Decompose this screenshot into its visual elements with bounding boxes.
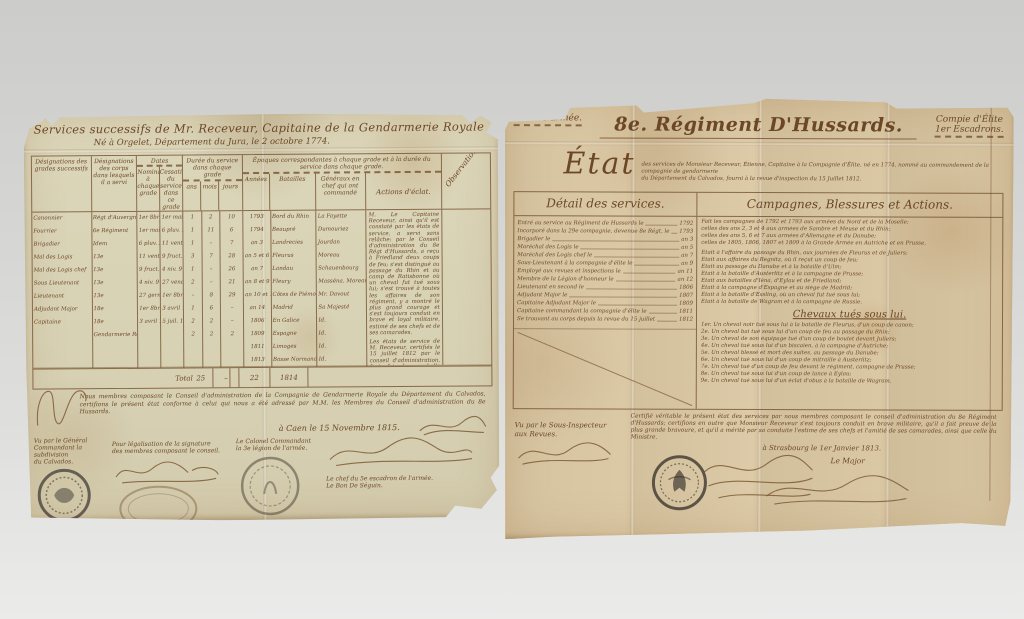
- cell-mois: 7: [202, 250, 220, 263]
- signature-flourish: [762, 470, 912, 511]
- right-doc-header: Grande armée. 8e. Régiment D'Hussards. C…: [514, 113, 1004, 140]
- cell-general: Id.: [317, 314, 367, 327]
- cell-mois: [203, 354, 221, 367]
- cell-corps: 13e: [92, 290, 138, 303]
- cell-jours: –: [221, 315, 244, 328]
- leader-line: [646, 220, 678, 226]
- cell-date1: 27 germ. 10: [138, 290, 161, 303]
- cell-corps: Idem: [92, 238, 138, 251]
- cell-jours: 26: [221, 263, 244, 276]
- cell-general: Sa Majesté: [317, 301, 367, 314]
- cell-annee: 1793: [243, 211, 270, 224]
- cell-bataille: Basse Normandie: [272, 354, 318, 367]
- cell-mois: –: [203, 276, 221, 289]
- actions-declat-cell: M. Le Capitaine Receveur, ainsi qu'il es…: [367, 210, 444, 366]
- leader-line: [635, 260, 680, 266]
- cell-jours: 10: [220, 211, 243, 224]
- corner-grande-armee: Grande armée.: [514, 113, 582, 126]
- cell-ans: 1: [184, 302, 202, 315]
- cell-corps: 13e: [92, 264, 138, 277]
- cell-date1: 1er 8bre 92: [138, 212, 161, 225]
- cell-bataille: Landau: [271, 263, 317, 276]
- cell-date1: [138, 342, 161, 355]
- cell-grade: Mal des Logis: [33, 251, 93, 264]
- header-epoques: Époques correspondantes à chaque grade e…: [243, 154, 441, 174]
- cell-annee: 1813: [244, 354, 271, 367]
- services-table-header: Désignations des grades successifs Désig…: [32, 153, 490, 212]
- cell-date1: 9 fruct. 6: [138, 264, 161, 277]
- certify-text: Certifié véritable le présent état des s…: [631, 414, 997, 443]
- cell-grade: Mal des Logis chef: [33, 264, 93, 277]
- cell-general: Id.: [318, 353, 368, 366]
- chevaux-list: 1er. Un cheval noir tué sous lui à la ba…: [701, 322, 998, 386]
- cell-general: La Fayette: [317, 210, 367, 223]
- signature-flourish: [326, 435, 476, 472]
- cell-date1: 4 niv. 9: [138, 277, 161, 290]
- observations-cell: [442, 209, 491, 364]
- total-jours: 22: [239, 368, 271, 387]
- legalisation-block: Pour légalisation de la signature des me…: [112, 436, 223, 537]
- leader-line: [672, 228, 678, 234]
- header-epoques-group: Époques correspondantes à chaque grade e…: [243, 154, 443, 210]
- cell-date2: 27 vend. 10: [161, 277, 184, 290]
- ink-stamp-round: [236, 454, 306, 518]
- flourish-initial: [33, 385, 93, 429]
- header-campagnes: Campagnes, Blessures et Actions.: [697, 193, 1002, 217]
- services-table: Désignations des grades successifs Désig…: [31, 152, 493, 389]
- campagne-line: celles de 1805, 1806, 1807 et 1809 à la …: [701, 240, 998, 248]
- cell-ans: 1: [184, 237, 202, 250]
- cell-mois: 2: [203, 315, 221, 328]
- cell-bataille: Landrecies: [271, 237, 317, 250]
- left-doc-subtitle: Né à Orgelet, Département du Jura, le 2 …: [94, 137, 330, 149]
- photo-backdrop: Services successifs de Mr. Receveur, Cap…: [0, 0, 1024, 619]
- cell-bataille: Madrid: [272, 302, 318, 315]
- cell-bataille: Fleurus: [271, 250, 317, 263]
- cell-date2: 3 avril 14: [161, 303, 184, 316]
- cell-ans: [185, 354, 203, 367]
- cell-date2: 5 juil. 15: [161, 316, 184, 329]
- document-right: Grande armée. 8e. Régiment D'Hussards. C…: [502, 97, 1014, 541]
- cell-date2: [161, 329, 184, 342]
- cell-corps: [93, 342, 139, 355]
- cell-date1: 1er mai 93: [138, 225, 161, 238]
- cell-jours: [221, 341, 244, 354]
- cell-jours: 28: [221, 250, 244, 263]
- cell-grade: Lieutenant: [33, 290, 93, 303]
- cell-jours: –: [221, 302, 244, 315]
- cell-ans: 1: [184, 263, 202, 276]
- cell-general: Id.: [318, 340, 368, 353]
- cell-date2: 11 vent. 3: [161, 238, 184, 251]
- cell-annee: 1806: [244, 315, 271, 328]
- total-ans: 25: [189, 368, 214, 387]
- cell-annee: 1811: [244, 341, 271, 354]
- cell-annee: an 10 et 11: [244, 289, 271, 302]
- etat-table-body: Entré au service au Régiment de Hussards…: [514, 216, 1003, 410]
- cell-general: Dumouriez: [317, 223, 367, 236]
- cell-jours: 2: [221, 328, 244, 341]
- cell-bataille: Bord du Rhin: [271, 211, 317, 224]
- cell-corps: Régt d'Auvergne: [92, 212, 138, 225]
- cell-grade: [33, 329, 93, 342]
- cell-date2: 6 pluv. 2: [161, 225, 184, 238]
- cell-mois: –: [202, 237, 220, 250]
- cell-bataille: Fleury: [271, 276, 317, 289]
- cell-mois: 6: [203, 302, 221, 315]
- cell-general: Schauenbourg: [317, 262, 367, 275]
- leader-line: [649, 308, 677, 314]
- cell-date1: [138, 329, 161, 342]
- place-date: à Caen le 15 Novembre 1815.: [279, 423, 400, 433]
- header-jours: jours: [219, 181, 242, 210]
- cell-mois: –: [202, 263, 220, 276]
- leader-line: [552, 235, 679, 241]
- cell-date1: 11 vent. 3: [138, 251, 161, 264]
- etat-heading: État des services de Monsieur Receveur, …: [563, 149, 999, 184]
- cell-bataille: Espagne: [272, 328, 318, 341]
- cell-general: Moreau: [317, 249, 367, 262]
- cell-mois: 8: [203, 289, 221, 302]
- cell-date2: 4 niv. 9: [161, 264, 184, 277]
- header-dates-sub2: Cessation du service dans ce grade: [160, 167, 183, 211]
- header-detail-services: Détail des services.: [514, 192, 697, 216]
- cell-corps: 13e: [92, 251, 138, 264]
- header-grades: Désignations des grades successifs: [32, 156, 92, 211]
- etat-word: État: [563, 149, 635, 179]
- leader-line: [616, 276, 676, 282]
- header-dates-sub1: Nomination à chaque grade: [137, 167, 160, 211]
- cell-date1: 6 pluv. 2: [138, 238, 161, 251]
- cell-jours: 21: [221, 276, 244, 289]
- header-annees: Années: [243, 174, 271, 210]
- services-table-body: Canonnier Régt d'Auvergne 1er 8bre 92 1e…: [32, 209, 491, 368]
- document-left: Services successifs de Mr. Receveur, Cap…: [24, 112, 501, 521]
- cell-grade: Canonnier: [32, 212, 92, 225]
- campagnes-cell: Fait les campagnes de 1792 et 1793 aux a…: [697, 217, 1003, 410]
- table-row: 1813 Basse Normandie Id.: [33, 353, 367, 368]
- etat-table: Détail des services. Campagnes, Blessure…: [513, 191, 1004, 411]
- service-line: Se trouvant au corps depuis la revue du …: [517, 315, 693, 324]
- header-generaux: Généraux en chef qui ont commandé: [316, 173, 366, 209]
- cell-corps: [93, 355, 139, 368]
- diagonal-rule: [514, 329, 696, 409]
- cell-date2: 9 fruct. 6: [161, 251, 184, 264]
- cell-ans: 2: [184, 276, 202, 289]
- etait-line: Était à la bataille de Wagram et à la ca…: [701, 299, 998, 307]
- leader-line: [581, 243, 680, 249]
- colonel-block: Le Colonel Commandant la 3e légion de l'…: [236, 436, 313, 537]
- cell-general: Jourdan: [317, 236, 367, 249]
- cell-mois: 2: [202, 211, 220, 224]
- cell-ans: 2: [185, 328, 203, 341]
- cell-bataille: Côtes de Piémont: [271, 289, 317, 302]
- cell-date1: 3 avril 14: [138, 316, 161, 329]
- right-signatures: Le Major: [512, 451, 1000, 523]
- leader-line: [598, 299, 677, 305]
- etat-subtitle: des services de Monsieur Receveur, Étien…: [641, 150, 999, 184]
- header-duree-group: Durée du service dans chaque grade ans m…: [183, 155, 243, 210]
- cell-jours: 29: [221, 289, 244, 302]
- regiment-title: 8e. Régiment D'Hussards.: [600, 113, 917, 139]
- cell-date1: 1er 8bre 11: [138, 303, 161, 316]
- cell-grade: Brigadier: [32, 238, 92, 251]
- header-mois: mois: [201, 181, 219, 210]
- cell-jours: 7: [221, 237, 244, 250]
- cell-ans: 1: [184, 211, 202, 224]
- header-corps: Désignations des corps dans lesquels il …: [91, 156, 137, 211]
- cheval-line: 9e. Un cheval tué sous lui d'un éclat d'…: [701, 378, 998, 386]
- left-doc-footer: Nous membres composant le Conseil d'admi…: [34, 390, 491, 517]
- cell-general: Mr. Davout: [317, 288, 367, 301]
- cell-date2: [162, 342, 185, 355]
- cell-grade: [33, 355, 93, 368]
- leader-line: [594, 251, 679, 257]
- empty-diagonal-cell: [514, 328, 696, 409]
- cell-corps: 18e: [92, 316, 138, 329]
- cell-grade: Sous Lieutenant: [33, 277, 93, 290]
- cell-ans: 2: [184, 315, 202, 328]
- cell-general: Masséna, Moreau: [317, 275, 367, 288]
- cell-corps: 18e: [92, 303, 138, 316]
- leader-line: [657, 316, 677, 322]
- signature-blocks: Vu par le Général Commandant la subdivis…: [34, 434, 491, 537]
- cell-grade: Fourrier: [32, 225, 92, 238]
- header-batailles: Batailles: [270, 174, 316, 210]
- cell-mois: 11: [202, 224, 220, 237]
- sig-major-label: Le Major: [830, 456, 864, 465]
- header-dates-group: Dates Nomination à chaque grade Cessatio…: [137, 156, 183, 211]
- cell-bataille: Beaupré: [271, 224, 317, 237]
- cell-annee: an 7: [244, 263, 271, 276]
- cell-annee: an 14: [244, 302, 271, 315]
- total-annee: 1814: [271, 368, 309, 387]
- cell-general: Id.: [318, 327, 368, 340]
- detail-services-cell: Entré au service au Régiment de Hussards…: [514, 216, 698, 409]
- cell-bataille: Limoges: [272, 341, 318, 354]
- right-doc-footer: Vu par le Sous-Inspecteur aux Revues. Ce…: [513, 413, 1001, 415]
- cell-annee: an 5 et 6: [244, 250, 271, 263]
- header-observations: Observations: [442, 153, 490, 208]
- campagnes-intro: Fait les campagnes de 1792 et 1793 aux a…: [701, 219, 998, 248]
- cell-ans: –: [184, 289, 202, 302]
- services-rows: Canonnier Régt d'Auvergne 1er 8bre 92 1e…: [32, 210, 367, 367]
- general-block: Vu par le Général Commandant la subdivis…: [34, 437, 99, 537]
- leader-line: [569, 291, 677, 297]
- cell-corps: Gendarmerie Royale du dépt du Calvados: [93, 329, 139, 342]
- cell-corps: 6e Régiment: [92, 225, 138, 238]
- cell-grade: [33, 342, 93, 355]
- header-actions: Actions d'éclat.: [366, 173, 441, 210]
- cell-annee: an 8 et 9: [244, 276, 271, 289]
- total-mois: –: [214, 368, 239, 387]
- leader-line: [586, 283, 677, 289]
- ink-stamp-oval: [116, 482, 200, 535]
- cell-ans: 1: [184, 224, 202, 237]
- left-doc-title: Services successifs de Mr. Receveur, Cap…: [34, 120, 484, 136]
- services-list: Entré au service au Régiment de Hussards…: [514, 216, 696, 324]
- cell-annee: 1794: [244, 224, 271, 237]
- cell-ans: 3: [184, 250, 202, 263]
- header-dates: Dates: [137, 156, 182, 167]
- cell-mois: 2: [203, 328, 221, 341]
- leader-line: [623, 268, 676, 274]
- cell-annee: an 3: [244, 237, 271, 250]
- cell-annee: 1809: [244, 328, 271, 341]
- chef-escadron-block: Le chef du 5e escadron de l'armée. Le Bo…: [326, 435, 477, 536]
- corner-compagnie: Compie d'Élite 1er Escadrons.: [935, 115, 1004, 138]
- cell-date1: [139, 355, 162, 368]
- cell-mois: [203, 341, 221, 354]
- cell-jours: 6: [221, 224, 244, 237]
- etat-table-header: Détail des services. Campagnes, Blessure…: [514, 192, 1002, 218]
- cell-grade: Capitaine: [33, 316, 93, 329]
- header-ans: ans: [183, 181, 201, 210]
- cell-date2: [162, 355, 185, 368]
- cell-corps: 13e: [92, 277, 138, 290]
- total-row: Total 25 – 22 1814: [33, 365, 491, 388]
- cell-jours: [221, 354, 244, 367]
- cell-ans: [185, 341, 203, 354]
- cell-date2: 1er mai 93: [161, 212, 184, 225]
- cell-grade: Adjudant Major: [33, 303, 93, 316]
- etait-lines: Était à l'affaire du passage du Rhin, au…: [701, 250, 998, 307]
- header-duree: Durée du service dans chaque grade: [183, 155, 242, 181]
- chevaux-header: Chevaux tués sous lui.: [701, 309, 998, 321]
- cell-bataille: En Galice: [272, 315, 318, 328]
- cell-date2: 1er 8bre 11: [161, 290, 184, 303]
- ink-stamp-dark: [34, 465, 98, 523]
